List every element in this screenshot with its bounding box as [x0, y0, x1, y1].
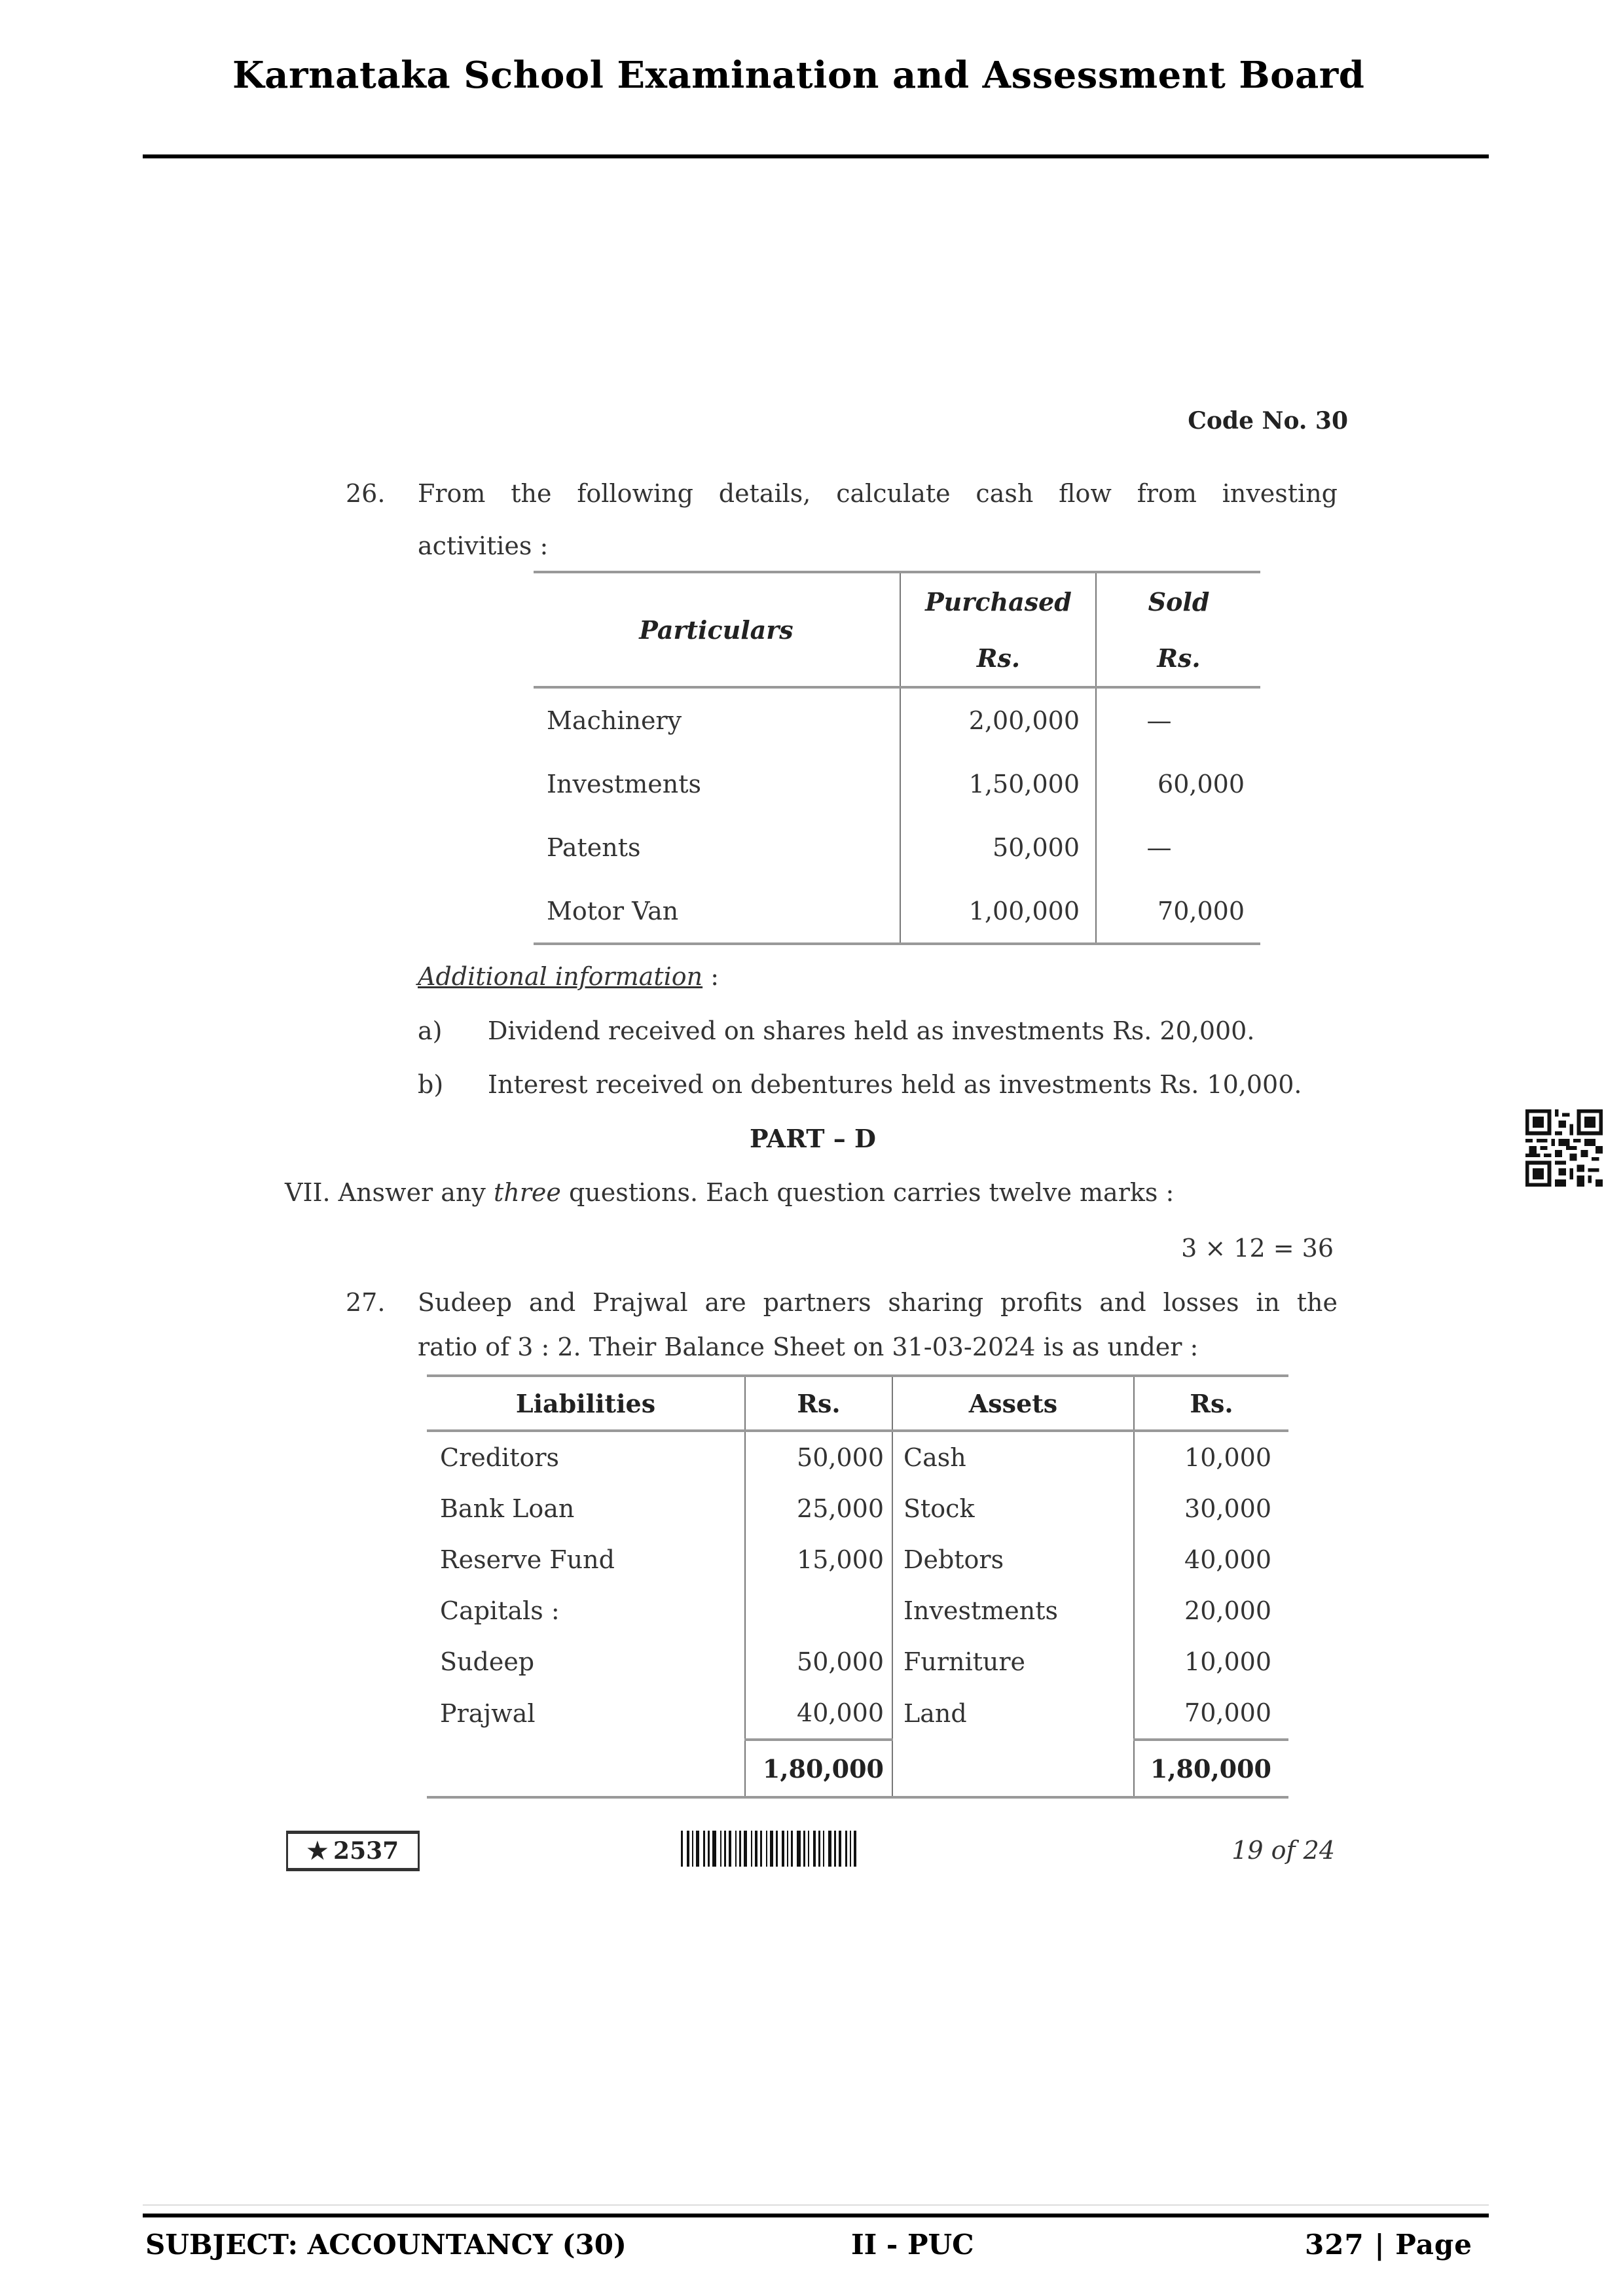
sold-cell: 60,000 — [1096, 752, 1260, 816]
purchased-cell: 1,00,000 — [900, 879, 1096, 944]
liability-cell: Bank Loan — [427, 1483, 745, 1534]
code-number: Code No. 30 — [1188, 407, 1348, 435]
barcode-bar — [760, 1831, 762, 1867]
liability-amount-cell: 50,000 — [745, 1431, 892, 1483]
barcode-bar — [724, 1831, 726, 1867]
footer-divider — [143, 2214, 1489, 2217]
barcode-bar — [845, 1831, 847, 1867]
empty-cell — [427, 1740, 745, 1797]
asset-cell: Cash — [892, 1431, 1134, 1483]
barcode-bar — [818, 1831, 820, 1867]
barcode-bar — [797, 1831, 801, 1867]
liability-amount-cell: 50,000 — [745, 1636, 892, 1687]
footer-subject: SUBJECT: ACCOUNTANCY (30) — [145, 2229, 627, 2261]
liability-cell: Capitals : — [427, 1585, 745, 1636]
liability-amount-cell: 25,000 — [745, 1483, 892, 1534]
footer-divider-thin — [143, 2204, 1489, 2206]
asset-cell: Debtors — [892, 1534, 1134, 1585]
part-d-heading: PART – D — [750, 1124, 876, 1153]
sold-cell: — — [1096, 816, 1260, 879]
liability-cell: Prajwal — [427, 1687, 745, 1740]
additional-information-colon: : — [702, 962, 719, 991]
barcode-bar — [782, 1831, 784, 1867]
assets-total: 1,80,000 — [1134, 1740, 1288, 1797]
table-row: Capitals : Investments 20,000 — [427, 1585, 1288, 1636]
particular-cell: Motor Van — [534, 879, 900, 944]
col-header-liabilities: Liabilities — [427, 1376, 745, 1431]
barcode-bar — [692, 1831, 693, 1867]
barcode-bar — [854, 1831, 856, 1867]
empty-cell — [892, 1740, 1134, 1797]
col-unit-sold: Rs. — [1096, 630, 1260, 687]
question-27-text-line1: Sudeep and Prajwal are partners sharing … — [418, 1288, 1338, 1317]
barcode-bar — [776, 1831, 778, 1867]
col-header-assets-rs: Rs. — [1134, 1376, 1288, 1431]
question-26-text-line1: From the following details, calculate ca… — [418, 479, 1338, 508]
table-row: Reserve Fund 15,000 Debtors 40,000 — [427, 1534, 1288, 1585]
barcode-bar — [739, 1831, 741, 1867]
purchased-cell: 1,50,000 — [900, 752, 1096, 816]
asset-cell: Investments — [892, 1585, 1134, 1636]
asset-amount-cell: 30,000 — [1134, 1483, 1288, 1534]
asset-amount-cell: 10,000 — [1134, 1431, 1288, 1483]
serial-number: 2537 — [333, 1837, 399, 1865]
asset-cell: Land — [892, 1687, 1134, 1740]
table-row: Patents 50,000 — — [534, 816, 1260, 879]
qr-code-icon — [1525, 1109, 1603, 1187]
balance-sheet-table: Liabilities Rs. Assets Rs. Creditors 50,… — [427, 1374, 1288, 1799]
item-a-text: Dividend received on shares held as inve… — [488, 1016, 1254, 1045]
question-27-text-line2: ratio of 3 : 2. Their Balance Sheet on 3… — [418, 1333, 1198, 1361]
col-header-sold: Sold — [1096, 572, 1260, 630]
barcode-bar — [708, 1831, 710, 1867]
star-icon: ★ — [307, 1837, 328, 1865]
asset-amount-cell: 10,000 — [1134, 1636, 1288, 1687]
purchased-cell: 2,00,000 — [900, 687, 1096, 752]
liability-amount-cell — [745, 1585, 892, 1636]
serial-number-box: ★ 2537 — [286, 1831, 420, 1871]
col-header-assets: Assets — [892, 1376, 1134, 1431]
barcode-bar — [766, 1831, 767, 1867]
barcode-bar — [712, 1831, 716, 1867]
liability-cell: Sudeep — [427, 1636, 745, 1687]
liability-amount-cell: 15,000 — [745, 1534, 892, 1585]
exam-page-indicator: 19 of 24 — [1231, 1836, 1335, 1865]
barcode-bar — [729, 1831, 731, 1867]
question-26-text-line2: activities : — [418, 531, 548, 560]
barcode-bar — [791, 1831, 793, 1867]
item-a-label: a) — [418, 1016, 442, 1045]
barcode-bar — [696, 1831, 699, 1867]
item-b-text: Interest received on debentures held as … — [488, 1070, 1302, 1099]
barcode-bar — [687, 1831, 689, 1867]
particular-cell: Investments — [534, 752, 900, 816]
liability-cell: Creditors — [427, 1431, 745, 1483]
instruction-emphasis: three — [494, 1178, 561, 1207]
section-vii-instruction: VII. Answer any three questions. Each qu… — [285, 1178, 1174, 1207]
asset-amount-cell: 70,000 — [1134, 1687, 1288, 1740]
sold-cell: 70,000 — [1096, 879, 1260, 944]
col-header-particulars: Particulars — [534, 572, 900, 687]
barcode-bar — [755, 1831, 757, 1867]
barcode-bar — [744, 1831, 747, 1867]
liability-cell: Reserve Fund — [427, 1534, 745, 1585]
instruction-prefix: VII. Answer any — [285, 1178, 494, 1207]
barcode-bar — [813, 1831, 816, 1867]
barcode-bar — [681, 1831, 683, 1867]
barcode-bar — [839, 1831, 841, 1867]
particular-cell: Patents — [534, 816, 900, 879]
table-row: Motor Van 1,00,000 70,000 — [534, 879, 1260, 944]
additional-information-label: Additional information — [418, 962, 702, 991]
barcode-bar — [834, 1831, 836, 1867]
document-header-title: Karnataka School Examination and Assessm… — [232, 54, 1364, 97]
additional-information-heading: Additional information : — [418, 962, 719, 991]
barcode-bar — [850, 1831, 851, 1867]
col-unit-purchased: Rs. — [900, 630, 1096, 687]
barcode-bar — [751, 1831, 752, 1867]
particular-cell: Machinery — [534, 687, 900, 752]
barcode-bar — [735, 1831, 737, 1867]
table-row: Bank Loan 25,000 Stock 30,000 — [427, 1483, 1288, 1534]
question-26-number: 26. — [346, 479, 385, 508]
question-27-number: 27. — [346, 1288, 385, 1317]
barcode-bar — [803, 1831, 805, 1867]
item-b-label: b) — [418, 1070, 443, 1099]
asset-cell: Furniture — [892, 1636, 1134, 1687]
barcode-bar — [720, 1831, 721, 1867]
barcode-bar — [703, 1831, 705, 1867]
asset-cell: Stock — [892, 1483, 1134, 1534]
cash-flow-table: Particulars Purchased Sold Rs. Rs. Machi… — [534, 571, 1260, 945]
col-header-purchased: Purchased — [900, 572, 1096, 630]
barcode-bar — [770, 1831, 773, 1867]
footer-page-number: 327 | Page — [1305, 2229, 1472, 2261]
asset-amount-cell: 20,000 — [1134, 1585, 1288, 1636]
instruction-suffix: questions. Each question carries twelve … — [561, 1178, 1174, 1207]
barcode-icon — [681, 1831, 902, 1867]
table-row: Creditors 50,000 Cash 10,000 — [427, 1431, 1288, 1483]
table-row: Investments 1,50,000 60,000 — [534, 752, 1260, 816]
barcode-bar — [823, 1831, 824, 1867]
header-divider — [143, 154, 1489, 158]
barcode-bar — [828, 1831, 831, 1867]
footer-class: II - PUC — [851, 2229, 974, 2261]
table-row: Machinery 2,00,000 — — [534, 687, 1260, 752]
asset-amount-cell: 40,000 — [1134, 1534, 1288, 1585]
liabilities-total: 1,80,000 — [745, 1740, 892, 1797]
table-row: Sudeep 50,000 Furniture 10,000 — [427, 1636, 1288, 1687]
barcode-bar — [787, 1831, 788, 1867]
sold-cell: — — [1096, 687, 1260, 752]
table-total-row: 1,80,000 1,80,000 — [427, 1740, 1288, 1797]
purchased-cell: 50,000 — [900, 816, 1096, 879]
table-row: Prajwal 40,000 Land 70,000 — [427, 1687, 1288, 1740]
liability-amount-cell: 40,000 — [745, 1687, 892, 1740]
marks-allocation: 3 × 12 = 36 — [1181, 1234, 1334, 1263]
barcode-bar — [808, 1831, 809, 1867]
col-header-liabilities-rs: Rs. — [745, 1376, 892, 1431]
